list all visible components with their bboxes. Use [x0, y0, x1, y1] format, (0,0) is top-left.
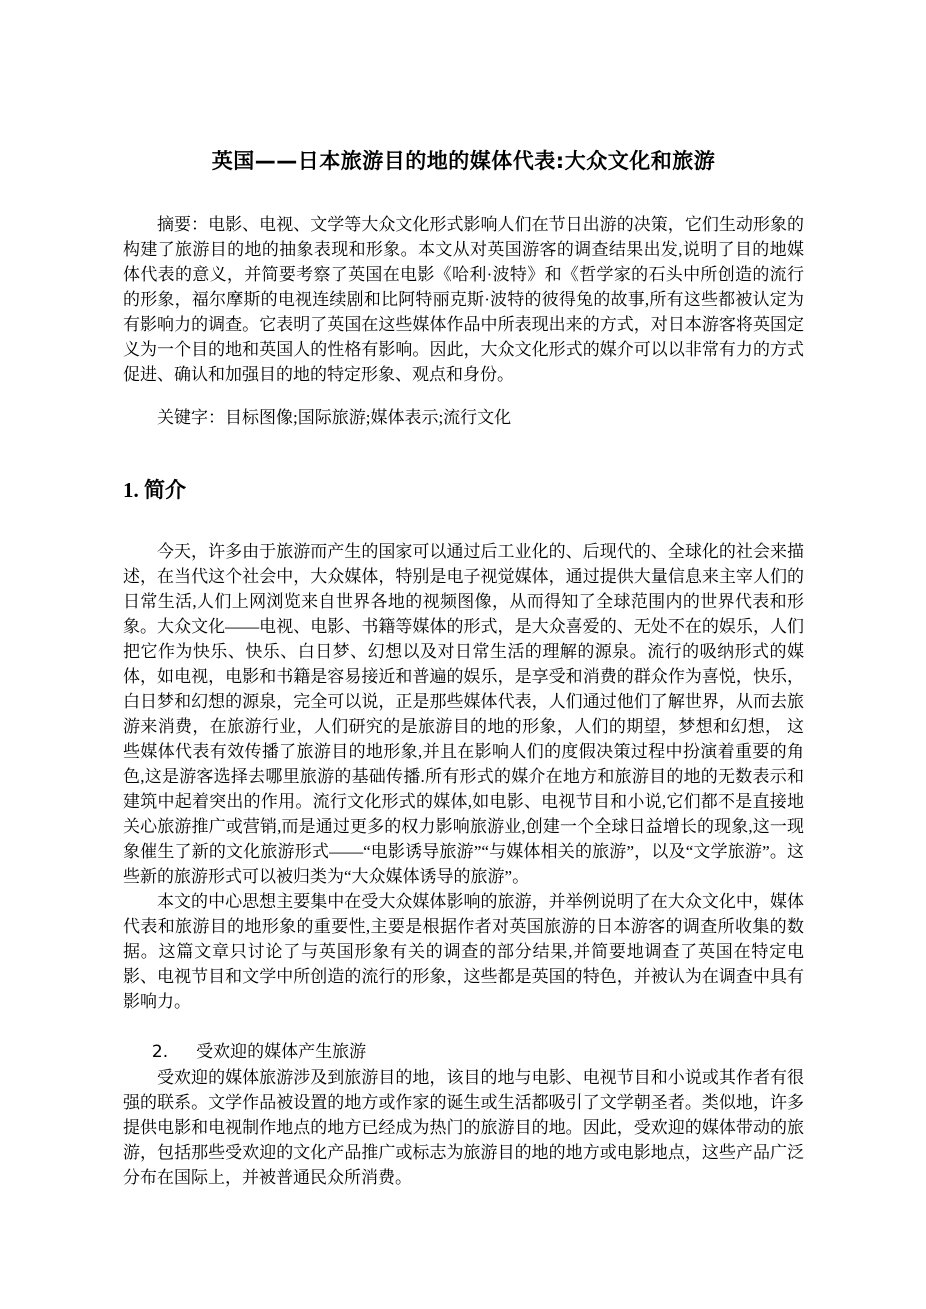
section-1-paragraph-1: 今天，许多由于旅游而产生的国家可以通过后工业化的、后现代的、全球化的社会来描述，… — [123, 539, 804, 889]
section-2-heading: 2.受欢迎的媒体产生旅游 — [123, 1039, 804, 1065]
section-1-paragraph-2: 本文的中心思想主要集中在受大众媒体影响的旅游，并举例说明了在大众文化中，媒体代表… — [123, 889, 804, 1014]
section-2-paragraph-1: 受欢迎的媒体旅游涉及到旅游目的地，该目的地与电影、电视节目和小说或其作者有很强的… — [123, 1065, 804, 1190]
keywords-line: 关键字：目标图像;国际旅游;媒体表示;流行文化 — [123, 405, 804, 430]
document-title: 英国——日本旅游目的地的媒体代表:大众文化和旅游 — [123, 147, 804, 175]
section-1-heading: 1. 简介 — [123, 476, 804, 505]
section-2-title: 受欢迎的媒体产生旅游 — [196, 1042, 366, 1061]
section-2-number: 2. — [152, 1042, 168, 1062]
abstract-paragraph: 摘要：电影、电视、文学等大众文化形式影响人们在节日出游的决策，它们生动形象的构建… — [123, 212, 804, 387]
document-page: 英国——日本旅游目的地的媒体代表:大众文化和旅游 摘要：电影、电视、文学等大众文… — [0, 0, 926, 1309]
